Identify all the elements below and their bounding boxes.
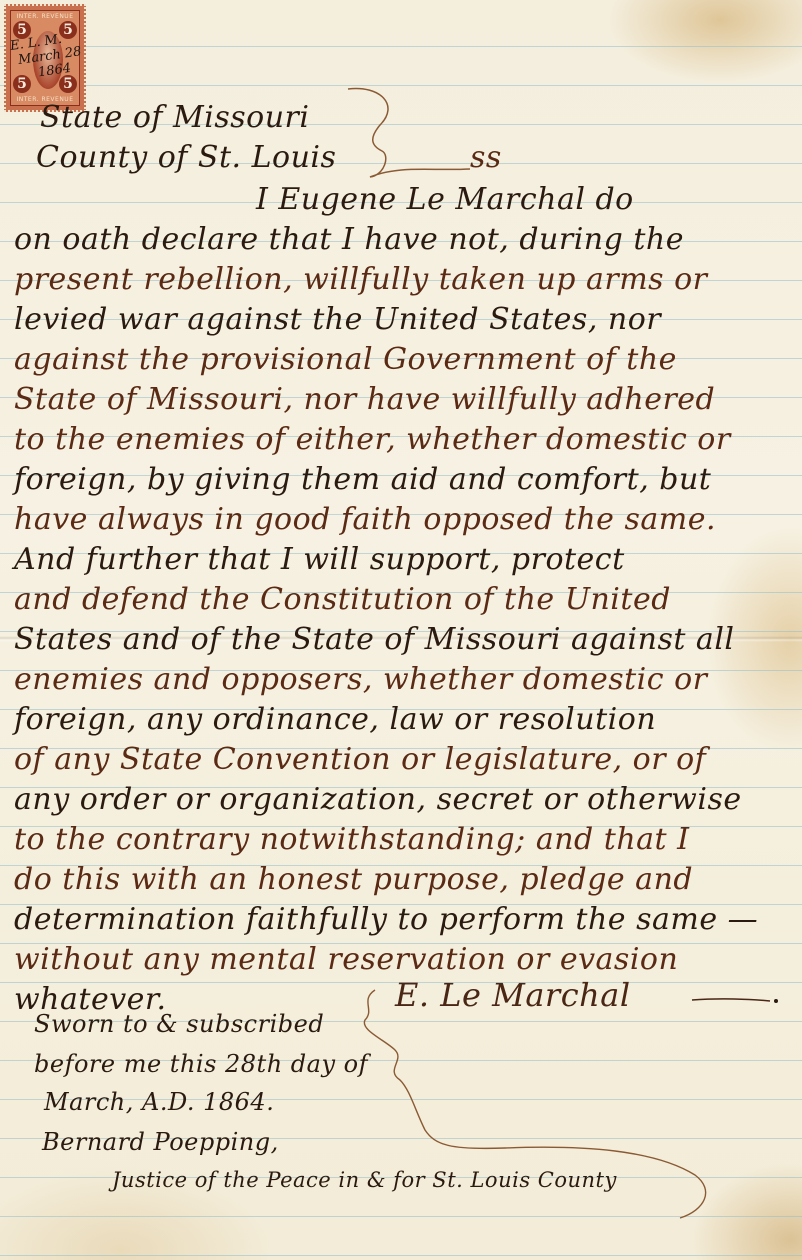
body-line: on oath declare that I have not, during … <box>14 222 684 257</box>
body-line: present rebellion, willfully taken up ar… <box>14 262 708 297</box>
stamp-header: INTER. REVENUE <box>11 13 79 20</box>
revenue-stamp: INTER. REVENUE 5 5 5 5 INTER. REVENUE E.… <box>4 4 86 112</box>
body-line: without any mental reservation or evasio… <box>14 942 678 977</box>
body-line: do this with an honest purpose, pledge a… <box>14 862 693 897</box>
body-line: And further that I will support, protect <box>14 542 625 577</box>
bracket-flourish-icon <box>340 85 480 185</box>
body-line: foreign, any ordinance, law or resolutio… <box>14 702 656 737</box>
body-line: and defend the Constitution of the Unite… <box>14 582 671 617</box>
heading-county: County of St. Louis <box>36 140 336 175</box>
body-line: State of Missouri, nor have willfully ad… <box>14 382 715 417</box>
document-page: INTER. REVENUE 5 5 5 5 INTER. REVENUE E.… <box>0 0 802 1260</box>
heading-ss: ss <box>470 140 502 175</box>
jurat-line: March, A.D. 1864. <box>44 1088 274 1116</box>
body-line: I Eugene Le Marchal do <box>256 182 634 217</box>
body-line: to the contrary notwithstanding; and tha… <box>14 822 689 857</box>
stamp-denomination-br: 5 <box>59 75 77 93</box>
body-line: against the provisional Government of th… <box>14 342 677 377</box>
body-line: levied war against the United States, no… <box>14 302 661 337</box>
body-line: of any State Convention or legislature, … <box>14 742 706 777</box>
jurat-line: before me this 28th day of <box>34 1050 368 1078</box>
officer-title: Justice of the Peace in & for St. Louis … <box>112 1168 617 1192</box>
affiant-signature: E. Le Marchal <box>395 976 631 1014</box>
body-line: have always in good faith opposed the sa… <box>14 502 716 537</box>
body-line: determination faithfully to perform the … <box>14 902 758 937</box>
signature-underline-flourish-icon <box>690 990 780 1010</box>
body-line: States and of the State of Missouri agai… <box>14 622 735 657</box>
body-line: foreign, by giving them aid and comfort,… <box>14 462 711 497</box>
jurat-brace-flourish-icon <box>355 980 735 1240</box>
body-line: enemies and opposers, whether domestic o… <box>14 662 708 697</box>
stamp-cancellation: E. L. M. March 28 1864 <box>9 29 85 83</box>
body-line: to the enemies of either, whether domest… <box>14 422 731 457</box>
officer-name: Bernard Poepping, <box>42 1128 279 1156</box>
heading-state: State of Missouri <box>40 100 309 135</box>
jurat-line: Sworn to & subscribed <box>34 1010 324 1038</box>
body-line: any order or organization, secret or oth… <box>14 782 742 817</box>
